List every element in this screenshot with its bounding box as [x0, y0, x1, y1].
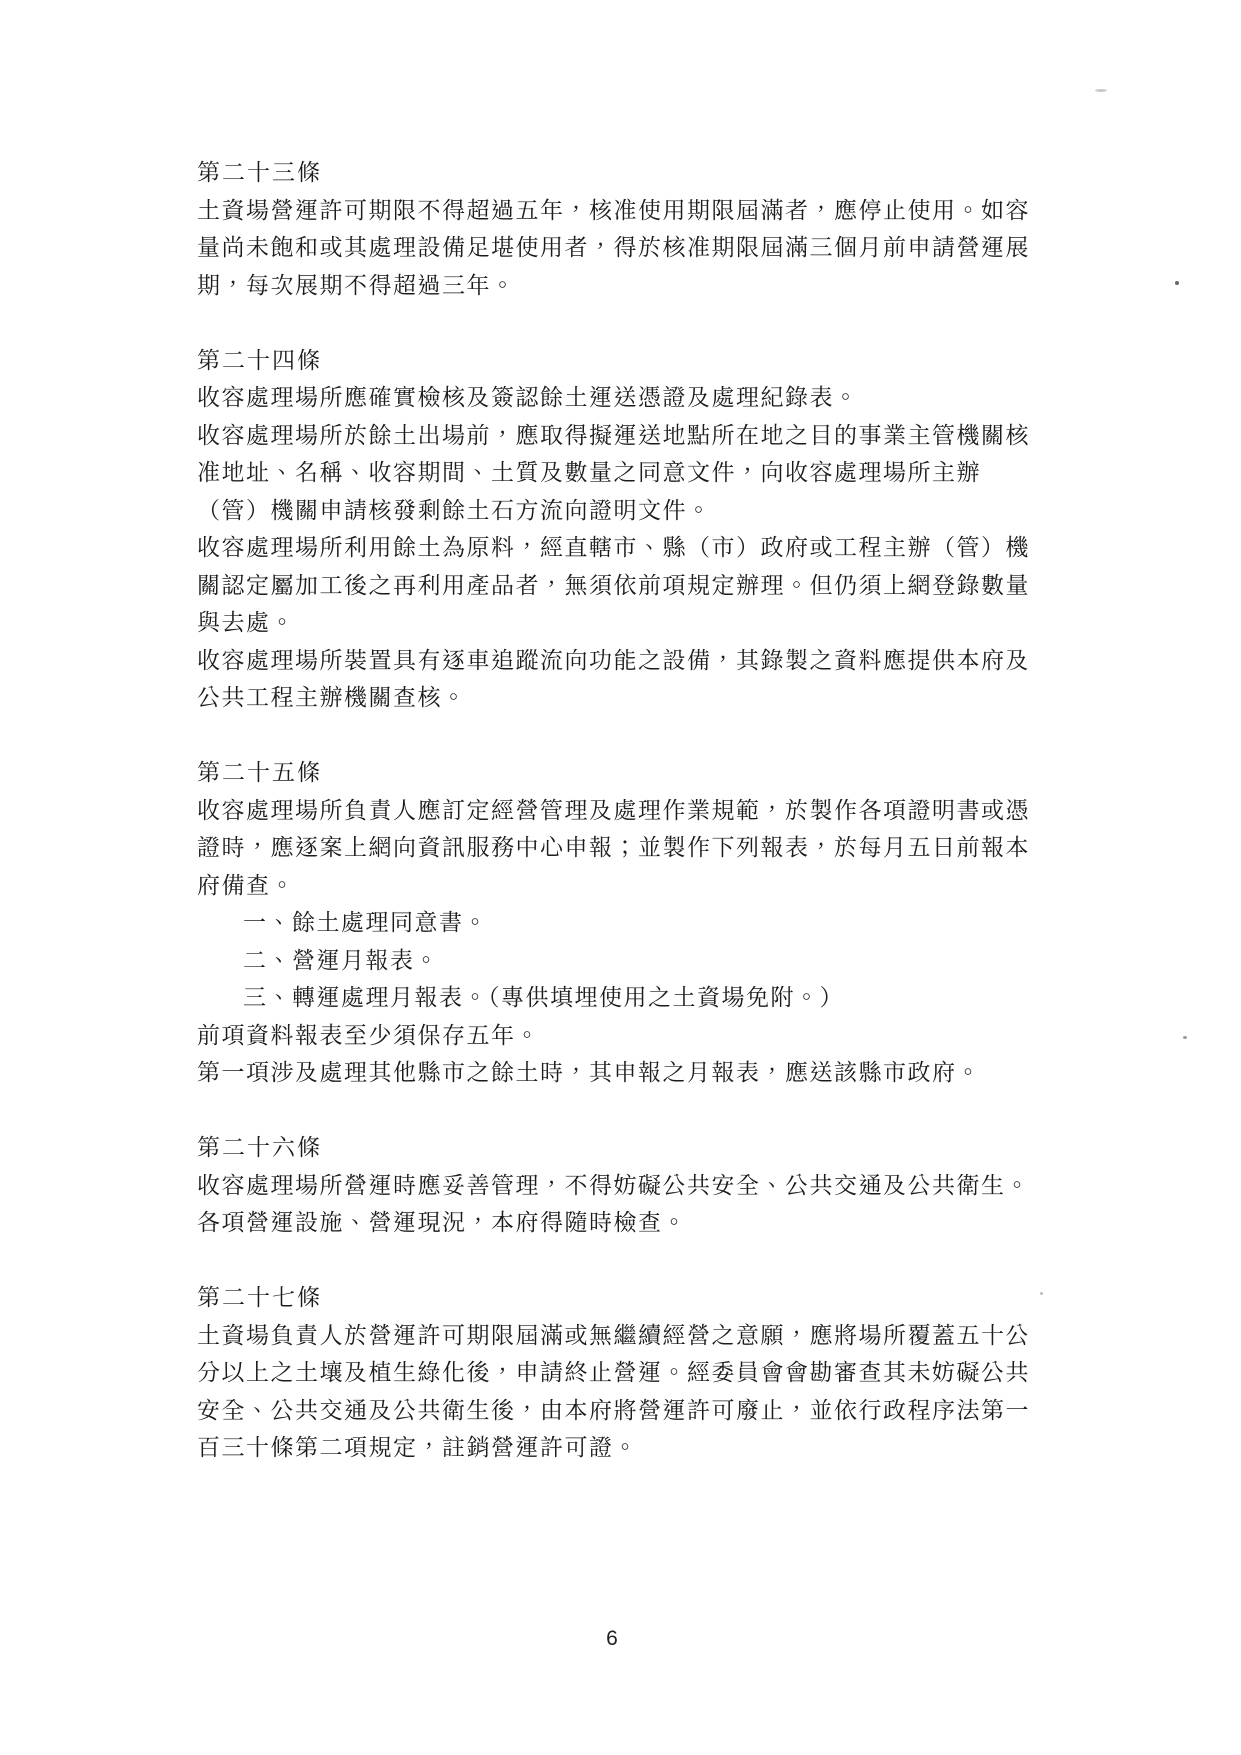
text-line: 收容處理場所利用餘土為原料，經直轄市、縣（市）政府或工程主辦（管）機 — [197, 529, 1097, 567]
article: 第二十七條土資場負責人於營運許可期限屆滿或無繼續經營之意願，應將場所覆蓋五十公分… — [197, 1279, 1097, 1467]
text-line: 收容處理場所應確實檢核及簽認餘土運送憑證及處理紀錄表。 — [197, 379, 1097, 417]
article-heading: 第二十五條 — [197, 754, 1097, 792]
text-line: 量尚未飽和或其處理設備足堪使用者，得於核准期限屆滿三個月前申請營運展 — [197, 229, 1097, 267]
text-line: 與去處。 — [197, 604, 1097, 642]
text-line: 關認定屬加工後之再利用產品者，無須依前項規定辦理。但仍須上網登錄數量 — [197, 567, 1097, 605]
text-line: 百三十條第二項規定，註銷營運許可證。 — [197, 1429, 1097, 1467]
article: 第二十四條收容處理場所應確實檢核及簽認餘土運送憑證及處理紀錄表。收容處理場所於餘… — [197, 342, 1097, 717]
article-heading: 第二十六條 — [197, 1129, 1097, 1167]
text-line: 安全、公共交通及公共衛生後，由本府將營運許可廢止，並依行政程序法第一 — [197, 1392, 1097, 1430]
text-line: 收容處理場所裝置具有逐車追蹤流向功能之設備，其錄製之資料應提供本府及 — [197, 642, 1097, 680]
text-line: 第一項涉及處理其他縣市之餘土時，其申報之月報表，應送該縣市政府。 — [197, 1054, 1097, 1092]
text-line: 收容處理場所營運時應妥善管理，不得妨礙公共安全、公共交通及公共衛生。 — [197, 1167, 1097, 1205]
text-line: 准地址、名稱、收容期間、土質及數量之同意文件，向收容處理場所主辦 — [197, 454, 1097, 492]
list-item-line: 三、轉運處理月報表。（專供填埋使用之土資場免附。） — [197, 979, 1097, 1017]
scan-speck — [1183, 1036, 1187, 1039]
text-line: 各項營運設施、營運現況，本府得隨時檢查。 — [197, 1204, 1097, 1242]
scan-speck — [1095, 89, 1107, 92]
list-item-line: 二、營運月報表。 — [197, 942, 1097, 980]
article-heading: 第二十三條 — [197, 154, 1097, 192]
text-line: 收容處理場所於餘土出場前，應取得擬運送地點所在地之目的事業主管機關核 — [197, 417, 1097, 455]
article: 第二十三條土資場營運許可期限不得超過五年，核准使用期限屆滿者，應停止使用。如容量… — [197, 154, 1097, 304]
document-body: 第二十三條土資場營運許可期限不得超過五年，核准使用期限屆滿者，應停止使用。如容量… — [197, 154, 1097, 1467]
text-line: 收容處理場所負責人應訂定經營管理及處理作業規範，於製作各項證明書或憑 — [197, 792, 1097, 830]
article: 第二十五條收容處理場所負責人應訂定經營管理及處理作業規範，於製作各項證明書或憑證… — [197, 754, 1097, 1092]
text-line: 府備查。 — [197, 867, 1097, 905]
text-line: 期，每次展期不得超過三年。 — [197, 267, 1097, 305]
text-line: 公共工程主辦機關查核。 — [197, 679, 1097, 717]
text-line: 證時，應逐案上網向資訊服務中心申報；並製作下列報表，於每月五日前報本 — [197, 829, 1097, 867]
document-page: 第二十三條土資場營運許可期限不得超過五年，核准使用期限屆滿者，應停止使用。如容量… — [0, 0, 1241, 1755]
page-number: 6 — [597, 1624, 627, 1654]
article-heading: 第二十七條 — [197, 1279, 1097, 1317]
text-line: 前項資料報表至少須保存五年。 — [197, 1017, 1097, 1055]
scan-speck — [1040, 1292, 1043, 1295]
text-line: 土資場營運許可期限不得超過五年，核准使用期限屆滿者，應停止使用。如容 — [197, 192, 1097, 230]
text-line: 分以上之土壤及植生綠化後，申請終止營運。經委員會會勘審查其未妨礙公共 — [197, 1354, 1097, 1392]
article: 第二十六條收容處理場所營運時應妥善管理，不得妨礙公共安全、公共交通及公共衛生。各… — [197, 1129, 1097, 1242]
text-line: （管）機關申請核發剩餘土石方流向證明文件。 — [197, 492, 1097, 530]
article-heading: 第二十四條 — [197, 342, 1097, 380]
list-item-line: 一、餘土處理同意書。 — [197, 904, 1097, 942]
scan-speck — [1175, 281, 1179, 285]
text-line: 土資場負責人於營運許可期限屆滿或無繼續經營之意願，應將場所覆蓋五十公 — [197, 1317, 1097, 1355]
